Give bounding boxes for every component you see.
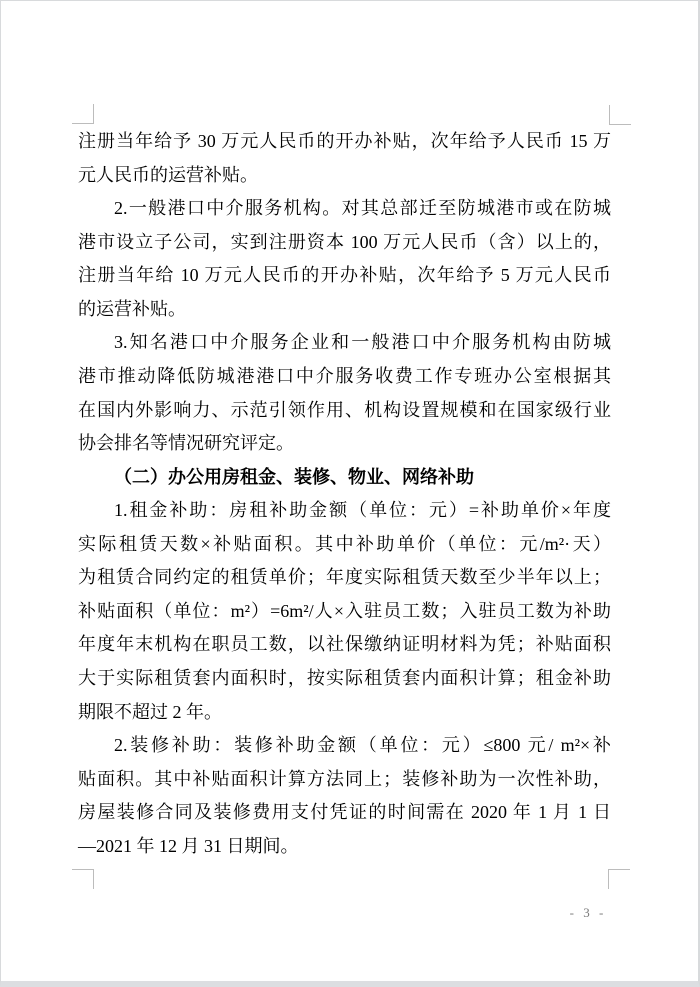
text-line: 2.装修补助：装修补助金额（单位：元）≤800 元/ m²×补 — [78, 729, 611, 763]
page-number: - 3 - — [562, 905, 614, 921]
text-line: 港市推动降低防城港港口中介服务收费工作专班办公室根据其 — [78, 360, 611, 394]
text-line: 元人民币的运营补贴。 — [78, 159, 611, 193]
text-line: 协会排名等情况研究评定。 — [78, 427, 611, 461]
text-line: 1.租金补助：房租补助金额（单位：元）=补助单价×年度 — [78, 494, 611, 528]
text-line: 3.知名港口中介服务企业和一般港口中介服务机构由防城 — [78, 326, 611, 360]
text-line: 实际租赁天数×补贴面积。其中补助单价（单位：元/m²·天） — [78, 528, 611, 562]
text-line: —2021 年 12 月 31 日期间。 — [78, 830, 611, 864]
text-line: 年度年末机构在职员工数，以社保缴纳证明材料为凭；补贴面积 — [78, 628, 611, 662]
text-line: 注册当年给 10 万元人民币的开办补贴，次年给予 5 万元人民币 — [78, 259, 611, 293]
document-page: 注册当年给予 30 万元人民币的开办补贴，次年给予人民币 15 万元人民币的运营… — [0, 0, 700, 987]
crop-mark-bottom-left-icon — [72, 869, 94, 889]
text-line: 注册当年给予 30 万元人民币的开办补贴，次年给予人民币 15 万 — [78, 125, 611, 159]
text-line: 大于实际租赁套内面积时，按实际租赁套内面积计算；租金补助 — [78, 662, 611, 696]
crop-mark-top-right-icon — [609, 105, 631, 125]
text-line: 期限不超过 2 年。 — [78, 696, 611, 730]
text-line: 房屋装修合同及装修费用支付凭证的时间需在 2020 年 1 月 1 日 — [78, 796, 611, 830]
text-line: 的运营补贴。 — [78, 293, 611, 327]
text-line: 在国内外影响力、示范引领作用、机构设置规模和在国家级行业 — [78, 394, 611, 428]
text-line: 贴面积。其中补贴面积计算方法同上；装修补助为一次性补助， — [78, 763, 611, 797]
crop-mark-top-left-icon — [72, 104, 94, 124]
text-line: 2.一般港口中介服务机构。对其总部迁至防城港市或在防城 — [78, 192, 611, 226]
heading-line: （二）办公用房租金、装修、物业、网络补助 — [78, 461, 611, 495]
text-line: 港市设立子公司，实到注册资本 100 万元人民币（含）以上的， — [78, 226, 611, 260]
document-body: 注册当年给予 30 万元人民币的开办补贴，次年给予人民币 15 万元人民币的运营… — [78, 125, 611, 863]
text-line: 为租赁合同约定的租赁单价；年度实际租赁天数至少半年以上； — [78, 561, 611, 595]
text-line: 补贴面积（单位：m²）=6m²/人×入驻员工数；入驻员工数为补助 — [78, 595, 611, 629]
crop-mark-bottom-right-icon — [608, 869, 630, 889]
